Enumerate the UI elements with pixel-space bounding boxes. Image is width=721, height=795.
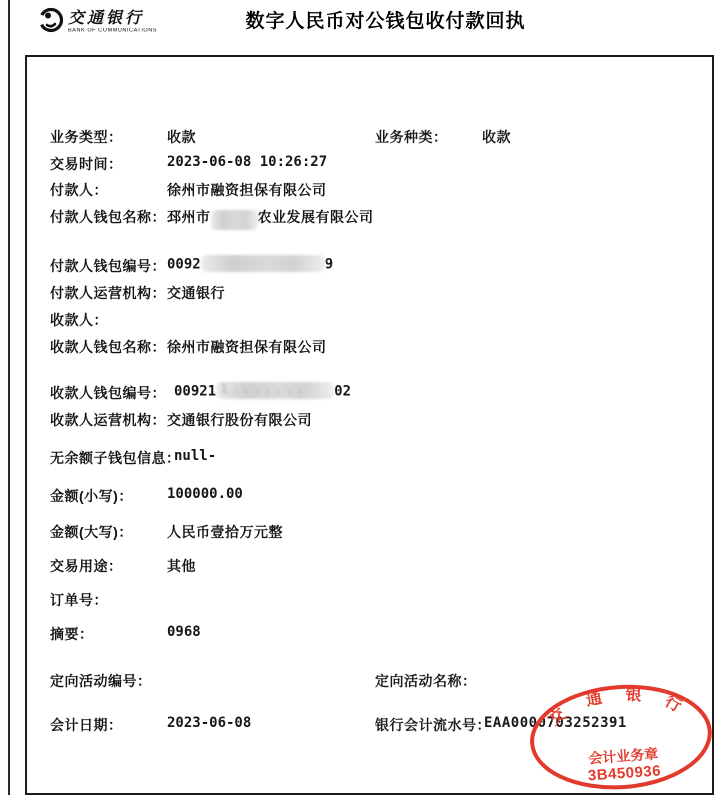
- field-value: 收款: [482, 127, 511, 147]
- seal-arc-text: 交 通 银 行: [543, 680, 694, 730]
- field-value: 徐州市融资担保有限公司: [167, 337, 327, 357]
- field-value: 009211.......02: [174, 383, 351, 400]
- field-value: 徐州市融资担保有限公司: [167, 180, 327, 200]
- field-value: 0968: [167, 624, 201, 640]
- field-label: 会计日期：: [50, 715, 123, 735]
- field-label: 定向活动编号：: [50, 671, 152, 691]
- field-transaction-purpose: 交易用途： 其他: [27, 556, 712, 576]
- field-label: 收款人钱包名称：: [50, 337, 166, 357]
- field-label: 业务类型：: [50, 127, 123, 147]
- field-summary: 摘要： 0968: [27, 624, 712, 644]
- field-value: 人民币壹拾万元整: [167, 522, 283, 542]
- field-label: 定向活动名称：: [375, 671, 477, 691]
- field-value: 邳州市农业发展有限公司: [167, 207, 374, 228]
- field-label: 金额(大写)：: [50, 522, 133, 542]
- value-suffix: 02: [334, 384, 351, 400]
- field-value: 收款: [167, 127, 196, 147]
- redaction-smudge: [211, 210, 258, 230]
- field-no-balance-subwallet: 无余额子钱包信息： null-: [27, 448, 712, 468]
- field-label: 银行会计流水号：: [375, 715, 491, 735]
- field-label: 无余额子钱包信息：: [50, 448, 181, 468]
- redaction-smudge: 1.......: [216, 382, 334, 399]
- page-left-rule: [8, 0, 10, 795]
- field-payee: 收款人：: [27, 310, 712, 330]
- value-prefix: 0092: [167, 257, 201, 273]
- field-value: null-: [174, 448, 216, 464]
- field-label: 付款人运营机构：: [50, 283, 166, 303]
- bank-accounting-seal: 交 通 银 行 会计业务章 3B450936: [520, 674, 721, 795]
- svg-text:交 通 银 行: 交 通 银 行: [543, 680, 694, 730]
- value-suffix: 农业发展有限公司: [258, 209, 374, 225]
- field-label: 金额(小写)：: [50, 486, 133, 506]
- faint-digits: 1.......: [220, 382, 307, 397]
- value-prefix: 00921: [174, 384, 216, 400]
- field-value: 交通银行: [167, 283, 225, 303]
- redaction-smudge: [201, 255, 325, 272]
- field-label: 收款人：: [50, 310, 108, 330]
- field-payer-wallet-no: 付款人钱包编号： 00929: [27, 256, 712, 276]
- field-payer-operator: 付款人运营机构： 交通银行: [27, 283, 712, 303]
- field-business-type: 业务类型： 收款 业务种类： 收款: [27, 127, 712, 147]
- field-value: 2023-06-08: [167, 715, 251, 731]
- field-value: 2023-06-08 10:26:27: [167, 154, 327, 170]
- field-payee-operator: 收款人运营机构： 交通银行股份有限公司: [27, 410, 712, 430]
- value-suffix: 9: [325, 257, 333, 273]
- field-payer: 付款人： 徐州市融资担保有限公司: [27, 180, 712, 200]
- field-amount-figures: 金额(小写)： 100000.00: [27, 486, 712, 506]
- field-amount-words: 金额(大写)： 人民币壹拾万元整: [27, 522, 712, 542]
- field-label: 收款人运营机构：: [50, 410, 166, 430]
- field-transaction-time: 交易时间： 2023-06-08 10:26:27: [27, 154, 712, 174]
- field-label: 交易时间：: [50, 154, 123, 174]
- field-payee-wallet-name: 收款人钱包名称： 徐州市融资担保有限公司: [27, 337, 712, 357]
- field-label: 付款人钱包编号：: [50, 256, 166, 276]
- field-value: 其他: [167, 556, 196, 576]
- field-value: 交通银行股份有限公司: [167, 410, 312, 430]
- field-payer-wallet-name: 付款人钱包名称： 邳州市农业发展有限公司: [27, 207, 712, 227]
- value-prefix: 邳州市: [167, 209, 211, 225]
- field-label: 收款人钱包编号：: [50, 383, 166, 403]
- page-title: 数字人民币对公钱包收付款回执: [0, 6, 721, 33]
- field-label: 订单号：: [50, 590, 108, 610]
- field-payee-wallet-no: 收款人钱包编号： 009211.......02: [27, 383, 712, 403]
- field-label: 业务种类：: [375, 127, 448, 147]
- field-label: 付款人钱包名称：: [50, 207, 166, 227]
- field-order-no: 订单号：: [27, 590, 712, 610]
- field-label: 交易用途：: [50, 556, 123, 576]
- field-value: 100000.00: [167, 486, 243, 502]
- field-label: 摘要：: [50, 624, 94, 644]
- receipt-page: 交通银行 BANK OF COMMUNICATIONS 数字人民币对公钱包收付款…: [0, 0, 721, 795]
- field-label: 付款人：: [50, 180, 108, 200]
- field-value: 00929: [167, 256, 333, 273]
